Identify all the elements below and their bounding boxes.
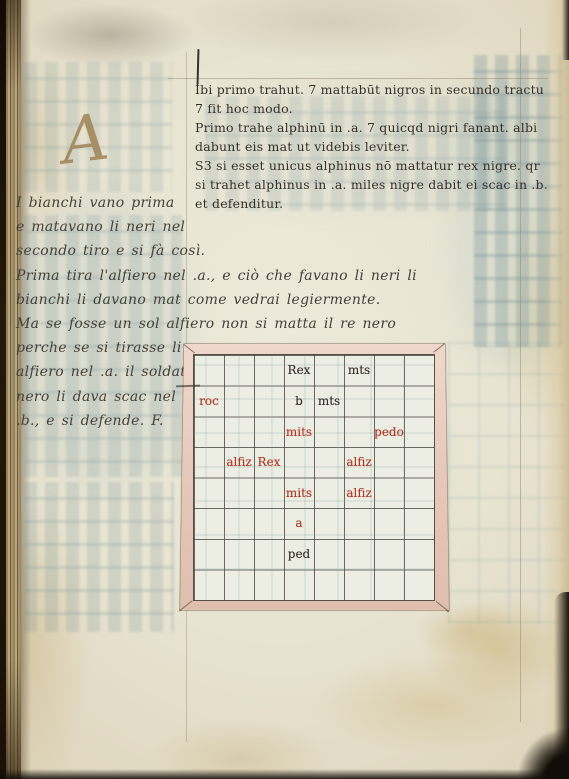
board-piece-roc: roc <box>194 386 224 417</box>
board-piece-alfiz: alfiz <box>344 447 374 478</box>
latin-line: dabunt eis mat ut videbis leviter. <box>195 137 548 156</box>
decorative-initial-a: A <box>58 105 112 174</box>
board-piece-b: b <box>284 386 314 417</box>
chessboard-diagram: RexmtsrocbmtsmitspedoalfizRexalfizmitsal… <box>180 344 449 610</box>
board-piece-rex: Rex <box>254 447 284 478</box>
latin-line: Ibi primo trahut. 7 mattabūt nigros in s… <box>195 80 548 99</box>
chessboard-grid: RexmtsrocbmtsmitspedoalfizRexalfizmitsal… <box>193 354 435 601</box>
board-piece-mts: mts <box>344 355 374 386</box>
board-piece-mits: mits <box>284 478 314 509</box>
latin-line: Primo trahe alphinū in .a. 7 quicqd nigr… <box>195 118 548 137</box>
board-piece-alfiz: alfiz <box>344 478 374 509</box>
board-piece-pedo: pedo <box>374 416 404 447</box>
italian-line: Ma se fosse un sol alfiero non si matta … <box>16 312 417 336</box>
board-piece-a: a <box>284 508 314 539</box>
board-piece-ped: ped <box>284 539 314 570</box>
board-piece-mits: mits <box>284 416 314 447</box>
italian-line: secondo tiro e si fà così. <box>16 239 417 263</box>
bottom-edge-shadow <box>0 769 569 779</box>
italian-line: Prima tira l'alfiero nel .a., e ciò che … <box>16 264 417 288</box>
board-piece-mts: mts <box>314 386 344 417</box>
latin-line: 7 fit hoc modo. <box>195 99 548 118</box>
italian-line: I bianchi vano prima <box>16 191 417 215</box>
manuscript-page: Ibi primo trahut. 7 mattabūt nigros in s… <box>0 0 569 779</box>
right-edge-shadow-top <box>562 0 569 60</box>
italian-line: e matavano li neri nel <box>16 215 417 239</box>
board-piece-alfiz: alfiz <box>224 447 254 478</box>
board-piece-rex: Rex <box>284 355 314 386</box>
italian-line: bianchi li davano mat come vedrai legier… <box>16 288 417 312</box>
ruled-line-horizontal-top <box>168 78 548 79</box>
latin-line: S3 si esset unicus alphinus nō mattatur … <box>195 156 548 175</box>
